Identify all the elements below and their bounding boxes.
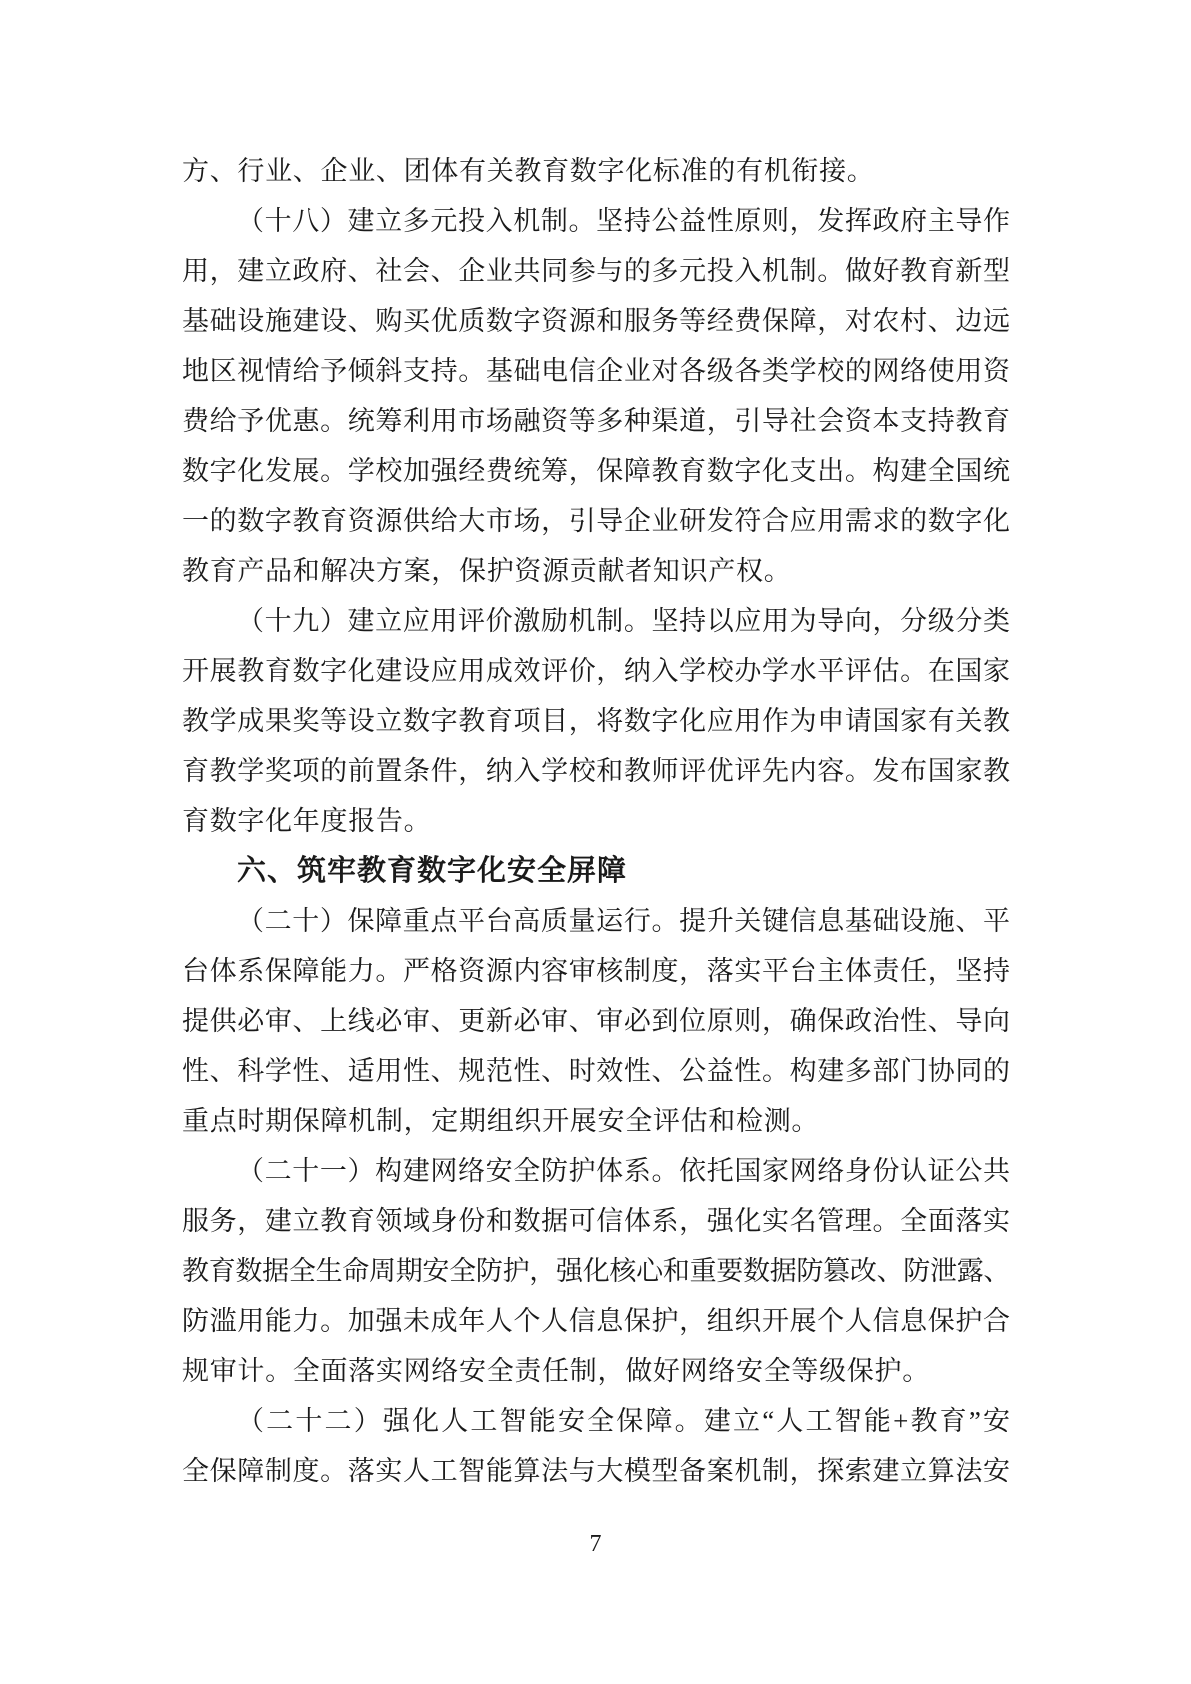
text-line: 性、科学性、适用性、规范性、时效性、公益性。构建多部门协同的 xyxy=(182,1046,1010,1096)
text-line: 育教学奖项的前置条件，纳入学校和教师评优评先内容。发布国家教 xyxy=(182,746,1010,796)
text-line: 基础设施建设、购买优质数字资源和服务等经费保障，对农村、边远 xyxy=(182,296,1010,346)
text-line: 费给予优惠。统筹利用市场融资等多种渠道，引导社会资本支持教育 xyxy=(182,396,1010,446)
text-line: 数字化发展。学校加强经费统筹，保障教育数字化支出。构建全国统 xyxy=(182,446,1010,496)
text-line: 教育产品和解决方案，保护资源贡献者知识产权。 xyxy=(182,546,1010,596)
text-line: 防滥用能力。加强未成年人个人信息保护，组织开展个人信息保护合 xyxy=(182,1296,1010,1346)
text-line: （二十一）构建网络安全防护体系。依托国家网络身份认证公共 xyxy=(182,1146,1010,1196)
text-line: （二十）保障重点平台高质量运行。提升关键信息基础设施、平 xyxy=(182,896,1010,946)
text-line: 教育数据全生命周期安全防护，强化核心和重要数据防篡改、防泄露、 xyxy=(182,1246,1010,1296)
text-line: 台体系保障能力。严格资源内容审核制度，落实平台主体责任，坚持 xyxy=(182,946,1010,996)
text-line: 用，建立政府、社会、企业共同参与的多元投入机制。做好教育新型 xyxy=(182,246,1010,296)
text-line: 育数字化年度报告。 xyxy=(182,796,1010,846)
page-footer: 7 xyxy=(0,1531,1191,1558)
text-line: 一的数字教育资源供给大市场，引导企业研发符合应用需求的数字化 xyxy=(182,496,1010,546)
text-line: 服务，建立教育领域身份和数据可信体系，强化实名管理。全面落实 xyxy=(182,1196,1010,1246)
text-line: （十九）建立应用评价激励机制。坚持以应用为导向，分级分类 xyxy=(182,596,1010,646)
text-line: 提供必审、上线必审、更新必审、审必到位原则，确保政治性、导向 xyxy=(182,996,1010,1046)
text-line: 全保障制度。落实人工智能算法与大模型备案机制，探索建立算法安 xyxy=(182,1446,1010,1496)
text-line: 规审计。全面落实网络安全责任制，做好网络安全等级保护。 xyxy=(182,1346,1010,1396)
text-line: 方、行业、企业、团体有关教育数字化标准的有机衔接。 xyxy=(182,146,1010,196)
text-line: （十八）建立多元投入机制。坚持公益性原则，发挥政府主导作 xyxy=(182,196,1010,246)
text-line: 六、筑牢教育数字化安全屏障 xyxy=(182,846,1010,896)
document-body: 方、行业、企业、团体有关教育数字化标准的有机衔接。（十八）建立多元投入机制。坚持… xyxy=(182,146,1010,1496)
text-line: 教学成果奖等设立数字教育项目，将数字化应用作为申请国家有关教 xyxy=(182,696,1010,746)
document-page: 方、行业、企业、团体有关教育数字化标准的有机衔接。（十八）建立多元投入机制。坚持… xyxy=(0,0,1191,1684)
text-line: 地区视情给予倾斜支持。基础电信企业对各级各类学校的网络使用资 xyxy=(182,346,1010,396)
text-line: （二十二）强化人工智能安全保障。建立“人工智能+教育”安 xyxy=(182,1396,1010,1446)
text-line: 开展教育数字化建设应用成效评价，纳入学校办学水平评估。在国家 xyxy=(182,646,1010,696)
page-number: 7 xyxy=(590,1531,602,1557)
text-line: 重点时期保障机制，定期组织开展安全评估和检测。 xyxy=(182,1096,1010,1146)
